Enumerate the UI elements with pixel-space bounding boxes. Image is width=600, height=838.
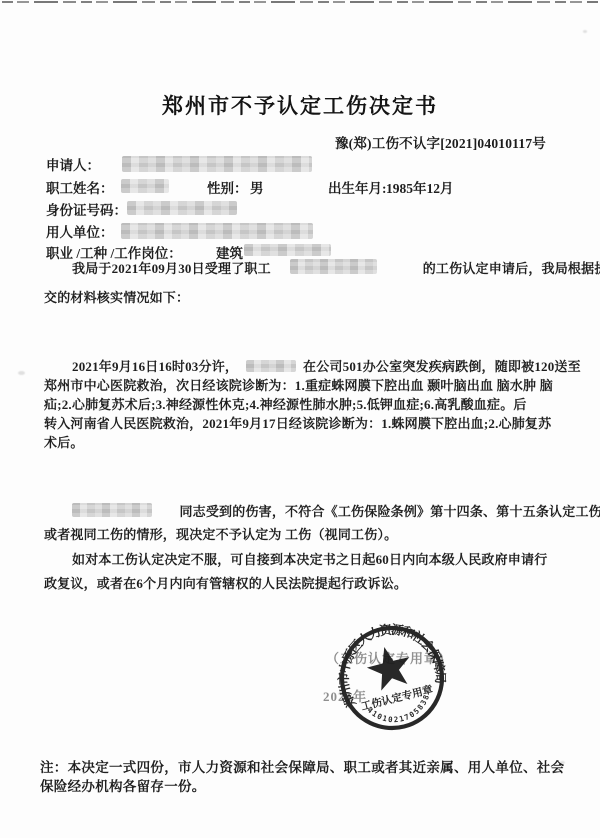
gender-value: 男 (250, 177, 264, 197)
intro-line-1: 我局于2021年09月30日受理了职工 的工伤认定申请后，我局根据提 (44, 258, 562, 277)
scan-speck (583, 30, 587, 33)
field-row-employee: 职工姓名： 性别： 男 出生年月: 1985年12月 (0, 177, 600, 195)
findings-line-4: 转入河南省人民医院救治，2021年9月17日经该院诊断为：1.蛛网膜下腔出血;2… (44, 413, 562, 432)
birth-value: 1985年12月 (386, 177, 454, 197)
intro-line-2: 交的材料核实情况如下： (44, 287, 562, 306)
field-row-id-number: 身份证号码： (0, 199, 600, 217)
decision-line-3: 如对本工伤认定决定不服，可自接到本决定书之日起60日内向本级人民政府申请行 (44, 549, 562, 568)
scan-speck (18, 371, 25, 375)
redacted-id-number (127, 201, 237, 215)
gender-label: 性别： (207, 177, 248, 197)
intro-line-1-post: 的工伤认定申请后，我局根据提 (423, 261, 600, 276)
document-title: 郑州市不予认定工伤决定书 (0, 90, 600, 120)
seal-graphic: 郑州市中原区人力资源和社会保障局 工伤认定专用章 4101021705838 (301, 587, 483, 769)
findings-line-3: 疝;2.心肺复苏术后;3.神经源性休克;4.神经源性肺水肿;5.低钾血症;6.高… (44, 394, 562, 413)
document-number: 豫(郑)工伤不认字[2021]04010117号 (335, 132, 546, 152)
id-number-label: 身份证号码： (46, 199, 127, 219)
redacted-employer (121, 223, 313, 239)
note-line-1: 注：本决定一式四份，市人力资源和社会保障局、职工或者其近亲属、用人单位、社会 (40, 756, 570, 776)
redacted-findings-name (246, 360, 296, 372)
findings-line-1-post: 在公司501办公室突发疾病跌倒，随即被120送至 (303, 359, 581, 374)
redacted-decision-name (72, 503, 152, 517)
decision-line-2: 或者视同工伤的情形，现决定不予认定为 工伤（视同工伤）。 (44, 524, 562, 543)
findings-line-1-pre: 2021年9月16日16时03分许， (72, 359, 238, 374)
intro-line-1-pre: 我局于2021年09月30日受理了职工 (72, 261, 271, 276)
redacted-applicant-value (122, 156, 312, 172)
applicant-label: 申请人： (46, 154, 100, 174)
findings-line-5: 术后。 (44, 432, 562, 451)
decision-line-4: 政复议，或者在6个月内向有管辖权的人民法院提起行政诉讼。 (44, 573, 562, 592)
decision-line-1: 同志受到的伤害，不符合《工伤保险条例》第十四条、第十五条认定工伤 (44, 501, 562, 520)
scan-artifact-top-line (2, 1, 598, 3)
decision-line-1-post: 同志受到的伤害，不符合《工伤保险条例》第十四条、第十五条认定工伤 (179, 504, 600, 519)
findings-line-1: 2021年9月16日16时03分许， 在公司501办公室突发疾病跌倒，随即被12… (44, 356, 562, 375)
redacted-occupation-detail (244, 244, 331, 256)
note-line-2: 保险经办机构各留存一份。 (40, 775, 570, 795)
birth-label: 出生年月: (328, 177, 387, 197)
findings-line-2: 郑州市中心医院救治，次日经该院诊断为：1.重症蛛网膜下腔出血 颞叶脑出血 脑水肿… (44, 375, 562, 394)
employer-label: 用人单位： (46, 221, 114, 241)
scanned-document-page: 郑州市不予认定工伤决定书 豫(郑)工伤不认字[2021]04010117号 申请… (0, 0, 600, 838)
redacted-employee-name (121, 179, 169, 193)
employee-name-label: 职工姓名： (46, 177, 114, 197)
redacted-intro-name (290, 259, 377, 274)
star-icon (363, 642, 416, 693)
official-seal: 郑州市中原区人力资源和社会保障局 工伤认定专用章 4101021705838 (301, 587, 483, 769)
